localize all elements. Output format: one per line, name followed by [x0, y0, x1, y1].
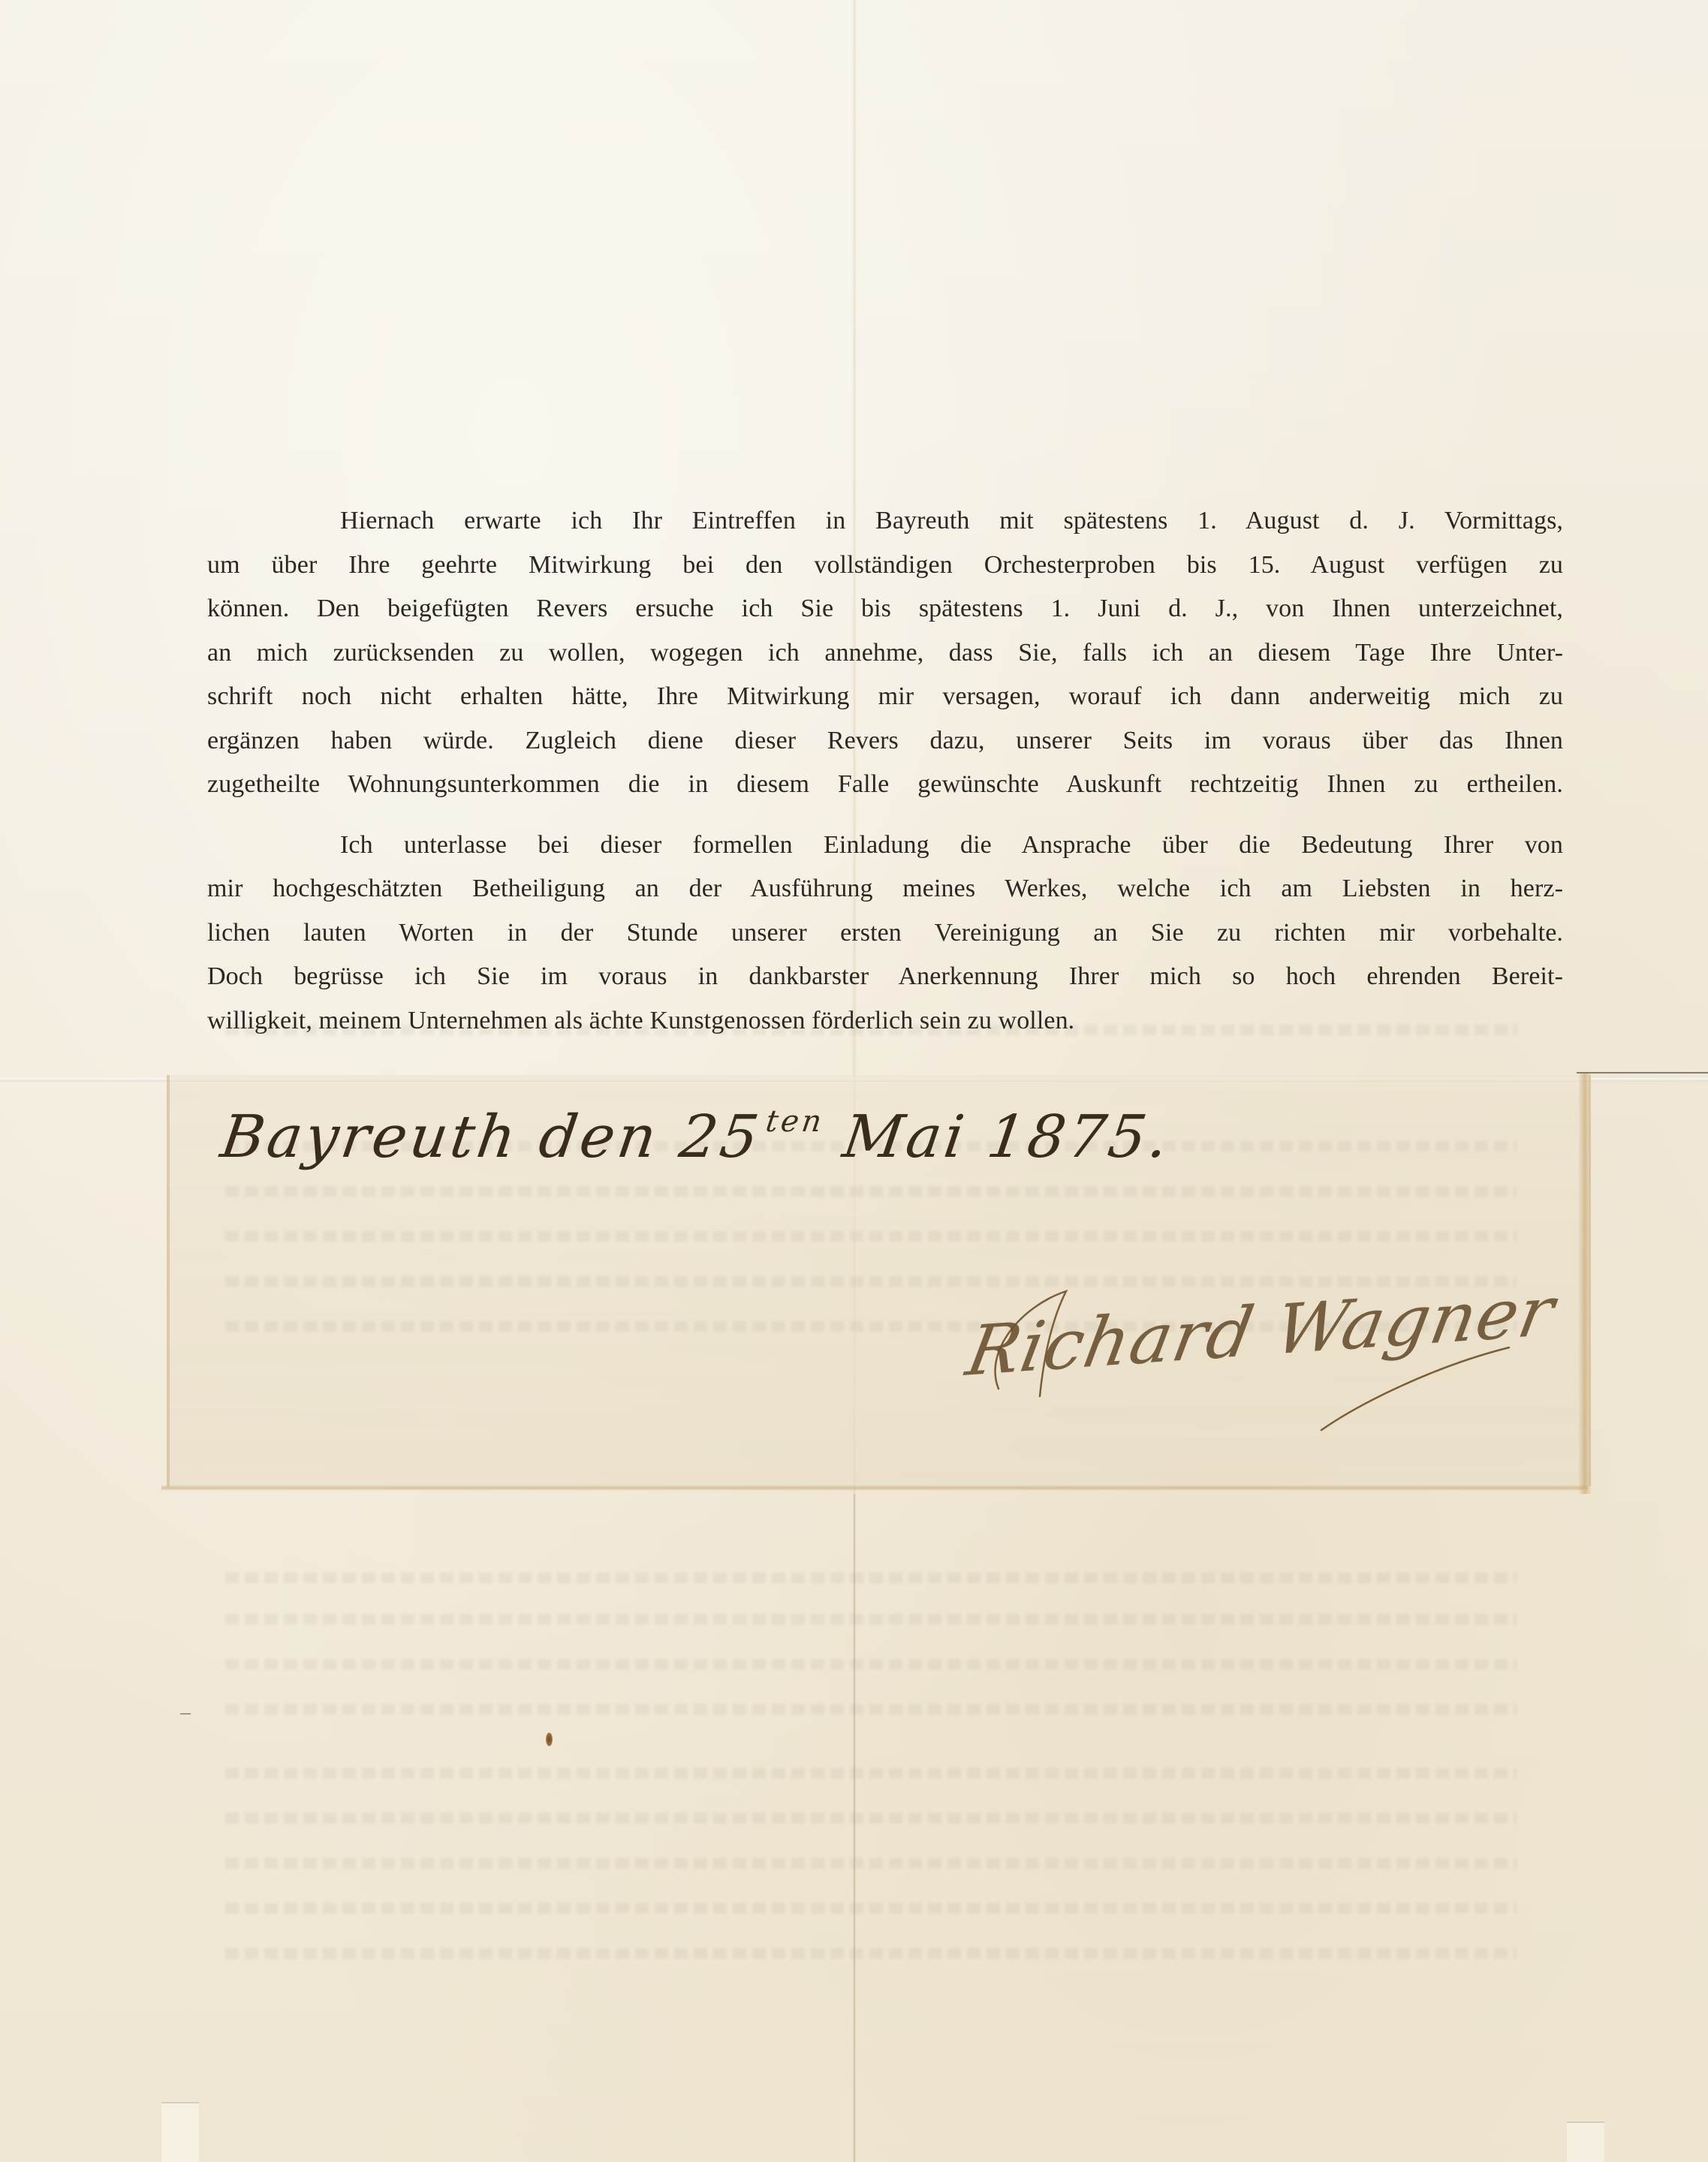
text-line: willigkeit, meinem Unternehmen als ächte…: [207, 999, 1563, 1043]
panel-top-edge: [1577, 1072, 1708, 1073]
stain-right: [1578, 1073, 1592, 1494]
bleed-through-line: [225, 1704, 1517, 1715]
ink-spot: [546, 1733, 553, 1746]
bleed-through-line: [225, 1231, 1517, 1242]
letter-body: Hiernach erwarte ich Ihr Eintreffen in B…: [207, 499, 1563, 1043]
bleed-through-line: [225, 1903, 1517, 1914]
paragraph-2: Ich unterlasse bei dieser formellen Einl…: [207, 824, 1563, 1043]
handwritten-day: 25: [676, 1104, 766, 1171]
handwritten-month: Mai: [839, 1104, 971, 1171]
handwritten-den: den: [535, 1104, 664, 1171]
bleed-through-line: [225, 1659, 1517, 1670]
stain-bottom: [161, 1485, 1588, 1491]
bleed-through-line: [225, 1813, 1517, 1823]
text-line: ergänzen haben würde. Zugleich diene die…: [207, 719, 1563, 763]
bleed-through-line: [225, 1186, 1517, 1197]
text-line: Hiernach erwarte ich Ihr Eintreffen in B…: [207, 499, 1563, 544]
bleed-through-line: [225, 1614, 1517, 1625]
text-line: schrift noch nicht erhalten hätte, Ihre …: [207, 675, 1563, 719]
corner-mount-right: [1567, 2121, 1604, 2162]
handwritten-day-suffix: ten: [764, 1104, 827, 1139]
text-line: an mich zurücksenden zu wollen, wogegen …: [207, 631, 1563, 676]
paragraph-1: Hiernach erwarte ich Ihr Eintreffen in B…: [207, 499, 1563, 807]
corner-mount-left: [161, 2102, 199, 2162]
handwritten-date: Bayreuth den 25ten Mai 1875.: [217, 1104, 1176, 1171]
text-line: mir hochgeschätzten Betheiligung an der …: [207, 867, 1563, 911]
vertical-fold-crease-lower: [854, 1494, 855, 2162]
handwritten-year: 1875.: [983, 1104, 1175, 1171]
bleed-through-line: [225, 1573, 1517, 1583]
bleed-through-line: [225, 1858, 1517, 1868]
text-line: um über Ihre geehrte Mitwirkung bei den …: [207, 544, 1563, 588]
text-line: Doch begrüsse ich Sie im voraus in dankb…: [207, 955, 1563, 999]
text-line: Ich unterlasse bei dieser formellen Einl…: [207, 824, 1563, 868]
text-line: können. Den beigefügten Revers ersuche i…: [207, 587, 1563, 631]
text-line: lichen lauten Worten in der Stunde unser…: [207, 911, 1563, 956]
bleed-through-line: [225, 1948, 1517, 1959]
margin-mark: [180, 1713, 191, 1715]
bleed-through-line: [225, 1768, 1517, 1778]
text-line: zugetheilte Wohnungsunterkommen die in d…: [207, 763, 1563, 807]
handwritten-place: Bayreuth: [217, 1104, 523, 1171]
